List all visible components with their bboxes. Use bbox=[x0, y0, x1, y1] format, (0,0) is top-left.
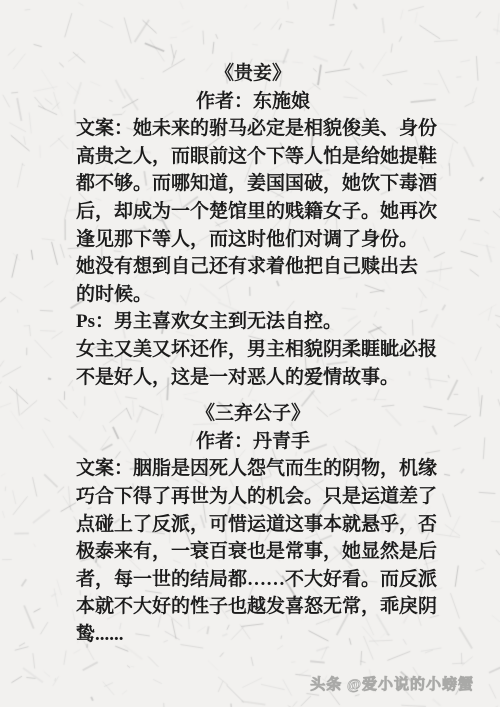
watermark: 头条 @爱小说的小螃蟹 bbox=[310, 673, 474, 694]
book-title: 《三弃公子》 bbox=[76, 400, 430, 428]
synopsis-line: 巧合下得了再世为人的机会。只是运道差了 bbox=[76, 483, 430, 511]
synopsis-line: 鸷...... bbox=[76, 621, 430, 649]
synopsis-line: 逢见那下等人，而这时他们对调了身份。 bbox=[76, 226, 430, 254]
synopsis-line: 女主又美又坏还作，男主相貌阴柔睚眦必报 bbox=[76, 336, 430, 364]
synopsis-line: 本就不大好的性子也越发喜怒无常，乖戾阴 bbox=[76, 593, 430, 621]
book-title: 《贵妾》 bbox=[76, 60, 430, 88]
synopsis-line: 高贵之人，而眼前这个下等人怕是给她提鞋 bbox=[76, 143, 430, 171]
synopsis-line: 极泰来有，一衰百衰也是常事，她显然是后 bbox=[76, 538, 430, 566]
synopsis-line: 不是好人，这是一对恶人的爱情故事。 bbox=[76, 364, 430, 392]
book-section-2: 《三弃公子》 作者：丹青手 文案：胭脂是因死人怨气而生的阴物，机缘 巧合下得了再… bbox=[76, 400, 430, 648]
content-column: 《贵妾》 作者：东施娘 文案：她未来的驸马必定是相貌俊美、身份 高贵之人，而眼前… bbox=[76, 60, 430, 648]
synopsis-line: 文案：她未来的驸马必定是相貌俊美、身份 bbox=[76, 115, 430, 143]
book-section-1: 《贵妾》 作者：东施娘 文案：她未来的驸马必定是相貌俊美、身份 高贵之人，而眼前… bbox=[76, 60, 430, 391]
synopsis-line: 后，却成为一个楚馆里的贱籍女子。她再次 bbox=[76, 198, 430, 226]
synopsis-line: 点碰上了反派，可惜运道这事本就悬乎，否 bbox=[76, 511, 430, 539]
book-author: 作者：丹青手 bbox=[76, 428, 430, 456]
synopsis-line: 者，每一世的结局都……不大好看。而反派 bbox=[76, 566, 430, 594]
synopsis-line: 的时候。 bbox=[76, 281, 430, 309]
synopsis-line: Ps：男主喜欢女主到无法自控。 bbox=[76, 308, 430, 336]
watermark-text: 头条 @爱小说的小螃蟹 bbox=[310, 677, 474, 693]
book-recommendation-image: 《贵妾》 作者：东施娘 文案：她未来的驸马必定是相貌俊美、身份 高贵之人，而眼前… bbox=[0, 0, 500, 707]
synopsis-line: 她没有想到自己还有求着他把自己赎出去 bbox=[76, 253, 430, 281]
synopsis-line: 都不够。而哪知道，姜国国破，她饮下毒酒 bbox=[76, 170, 430, 198]
book-author: 作者：东施娘 bbox=[76, 88, 430, 116]
synopsis-line: 文案：胭脂是因死人怨气而生的阴物，机缘 bbox=[76, 455, 430, 483]
